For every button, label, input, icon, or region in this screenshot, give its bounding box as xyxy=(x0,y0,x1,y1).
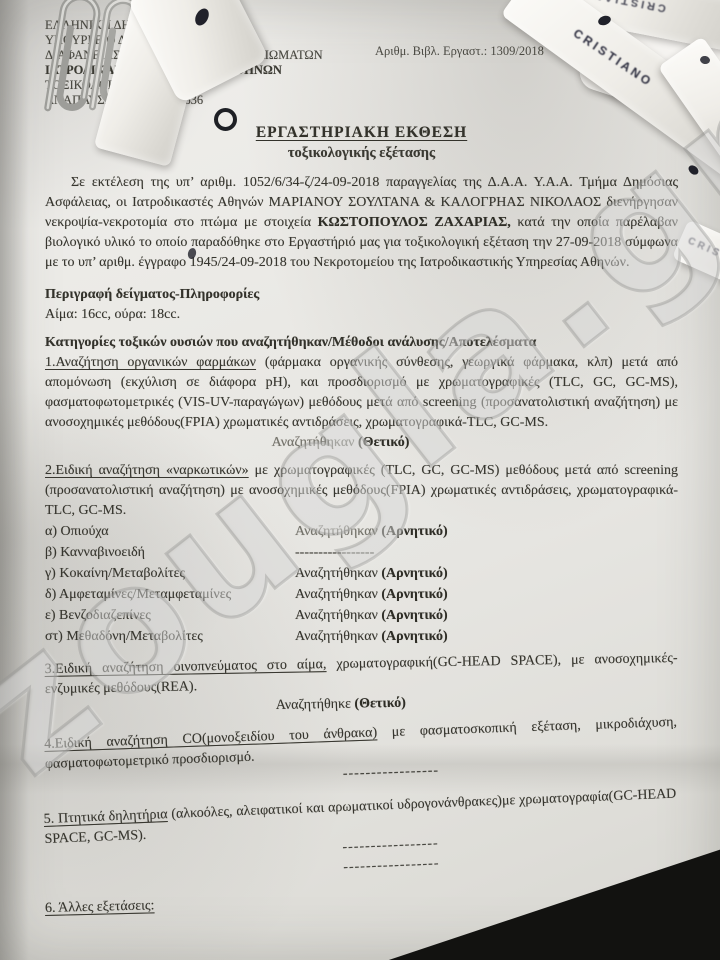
deceased-name: ΚΩΣΤΟΠΟΥΛΟΣ ΖΑΧΑΡΙΑΣ, xyxy=(318,215,511,230)
substance-row: α) Οπιούχα Αναζητήθηκαν (Αρνητικό) xyxy=(45,521,678,542)
substance-result: ----------------- xyxy=(295,542,678,563)
section-2-lead: 2.Ειδική αναζήτηση «ναρκωτικών» xyxy=(45,463,249,478)
substance-result: Αναζητήθηκαν (Αρνητικό) xyxy=(295,605,678,626)
lab-registry-number: Αριθμ. Βιβλ. Εργαστ.: 1309/2018 xyxy=(375,44,544,59)
result-verdict: (Αρνητικό) xyxy=(381,608,447,623)
result-word: Αναζητήθηκαν xyxy=(272,435,358,450)
result-verdict: (Θετικό) xyxy=(354,696,406,712)
result-verdict: (Θετικό) xyxy=(358,435,409,450)
ribbon-right-tail: CRISTIANO xyxy=(672,219,720,298)
section-4-lead: 4.Ειδική αναζήτηση CO(μονοξειδίου του άν… xyxy=(44,725,377,752)
ribbon-logo-ring xyxy=(214,108,237,131)
section-6: 6. Άλλες εξετάσεις: xyxy=(45,884,678,919)
categories-heading: Κατηγορίες τοξικών ουσιών που αναζητήθηκ… xyxy=(45,333,678,353)
substance-label: στ) Μεθαδόνη/Μεταβολίτες xyxy=(45,626,295,647)
substance-row: ε) Βενζοδιαζεπίνες Αναζητήθηκαν (Αρνητικ… xyxy=(45,605,678,626)
result-word: ----------------- xyxy=(295,545,374,560)
section-3-lead: 3.Ειδική αναζήτηση οινοπνεύματος στο αίμ… xyxy=(45,657,327,677)
substance-result: Αναζητήθηκαν (Αρνητικό) xyxy=(295,626,678,647)
substance-row: δ) Αμφεταμίνες/Μεταμφεταμίνες Αναζητήθηκ… xyxy=(45,584,678,605)
section-1-result: Αναζητήθηκαν (Θετικό) xyxy=(45,433,678,453)
document-photo: ΕΛΛΗΝΙΚΗ ΔΗΜΟΚΡΑΤΙΑ ΥΠΟΥΡΓΕΙΟ ΔΙΚΑΙΟΣΥΝΗ… xyxy=(0,0,720,960)
result-verdict: (Αρνητικό) xyxy=(381,566,447,581)
section-5-lead: 5. Πτητικά δηλητήρια xyxy=(43,807,167,827)
section-6-lead: 6. Άλλες εξετάσεις: xyxy=(45,898,155,916)
substance-result: Αναζητήθηκαν (Αρνητικό) xyxy=(295,521,678,542)
substance-row: β) Κανναβινοειδή ----------------- xyxy=(45,542,678,563)
substance-row: γ) Κοκαίνη/Μεταβολίτες Αναζητήθηκαν (Αρν… xyxy=(45,563,678,584)
substance-label: β) Κανναβινοειδή xyxy=(45,542,295,563)
substance-label: γ) Κοκαίνη/Μεταβολίτες xyxy=(45,563,295,584)
result-word: Αναζητήθηκαν xyxy=(295,587,381,602)
intro-paragraph: Σε εκτέλεση της υπ’ αριθμ. 1052/6/34-ζ/2… xyxy=(45,173,678,273)
substance-label: α) Οπιούχα xyxy=(45,521,295,542)
result-verdict: (Αρνητικό) xyxy=(381,587,447,602)
substance-row: στ) Μεθαδόνη/Μεταβολίτες Αναζητήθηκαν (Α… xyxy=(45,626,678,647)
section-2: 2.Ειδική αναζήτηση «ναρκωτικών» με χρωμα… xyxy=(45,461,678,521)
result-word: Αναζητήθηκε xyxy=(276,697,355,713)
ribbon-print-text: CRISTIANO xyxy=(686,236,720,279)
section-3: 3.Ειδική αναζήτηση οινοπνεύματος στο αίμ… xyxy=(44,649,678,720)
substance-result: Αναζητήθηκαν (Αρνητικό) xyxy=(295,584,678,605)
substance-label: ε) Βενζοδιαζεπίνες xyxy=(45,605,295,626)
result-verdict: (Αρνητικό) xyxy=(381,524,447,539)
result-word: Αναζητήθηκαν xyxy=(295,566,381,581)
section-4: 4.Ειδική αναζήτηση CO(μονοξειδίου του άν… xyxy=(44,713,679,795)
substance-result: Αναζητήθηκαν (Αρνητικό) xyxy=(295,563,678,584)
section-5: 5. Πτητικά δηλητήρια (αλκοόλες, αλειφατι… xyxy=(43,785,679,890)
section-1-lead: 1.Αναζήτηση οργανικών φαρμάκων xyxy=(45,355,256,370)
sample-heading: Περιγραφή δείγματος-Πληροφορίες xyxy=(45,285,678,305)
result-word: Αναζητήθηκαν xyxy=(295,608,381,623)
sample-values: Αίμα: 16cc, ούρα: 18cc. xyxy=(45,305,678,325)
substance-label: δ) Αμφεταμίνες/Μεταμφεταμίνες xyxy=(45,584,295,605)
result-verdict: (Αρνητικό) xyxy=(381,629,447,644)
section-1: 1.Αναζήτηση οργανικών φαρμάκων (φάρμακα … xyxy=(45,353,678,433)
substance-table: α) Οπιούχα Αναζητήθηκαν (Αρνητικό) β) Κα… xyxy=(45,521,678,647)
result-word: Αναζητήθηκαν xyxy=(295,524,381,539)
ribbon-logo-dot xyxy=(687,163,701,176)
result-word: Αναζητήθηκαν xyxy=(295,629,381,644)
